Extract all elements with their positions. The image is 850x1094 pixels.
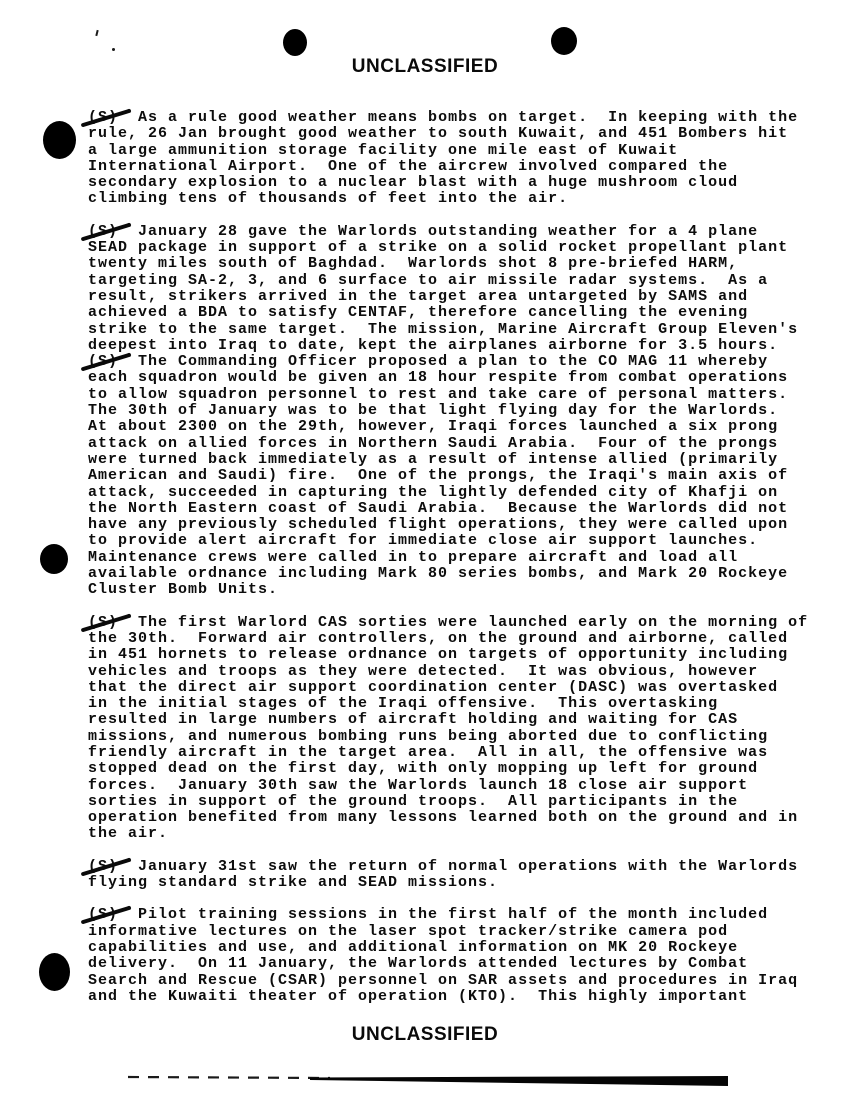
paragraphs: (S) As a rule good weather means bombs o… [88,110,828,1005]
text-line: that the direct air support coordination… [88,680,828,696]
text-line: forces. January 30th saw the Warlords la… [88,778,828,794]
text-line: and the Kuwaiti theater of operation (KT… [88,989,828,1005]
text-line: stopped dead on the first day, with only… [88,761,828,777]
classification-marker: (S) [88,615,118,631]
paragraph: (S) January 28 gave the Warlords outstan… [88,224,828,354]
text-line: twenty miles south of Baghdad. Warlords … [88,256,828,272]
text-line: a large ammunition storage facility one … [88,143,828,159]
text-line: American and Saudi) fire. One of the pro… [88,468,828,484]
text-line: sorties in support of the ground troops.… [88,794,828,810]
text-line: (S) The first Warlord CAS sorties were l… [88,615,828,631]
paragraph: (S) As a rule good weather means bombs o… [88,110,828,208]
text-line: (S) As a rule good weather means bombs o… [88,110,828,126]
hole-punch-dot [283,29,307,56]
classification-marker: (S) [88,354,118,370]
text-line: the air. [88,826,828,842]
text-line: (S) January 28 gave the Warlords outstan… [88,224,828,240]
paragraph: (S) The Commanding Officer proposed a pl… [88,354,828,598]
scan-speck [112,48,115,51]
hole-punch-dot [551,27,577,55]
text-line: in the initial stages of the Iraqi offen… [88,696,828,712]
text-line: International Airport. One of the aircre… [88,159,828,175]
classification-marker: (S) [88,907,118,923]
scan-speck [95,30,98,36]
paragraph: (S) The first Warlord CAS sorties were l… [88,615,828,843]
scan-artifact-line [0,1068,850,1094]
hole-punch-dot [40,544,68,574]
hole-punch-dot [39,953,70,991]
text-line: available ordnance including Mark 80 ser… [88,566,828,582]
text-line: missions, and numerous bombing runs bein… [88,729,828,745]
hole-punch-dot [43,121,76,159]
text-line: attack, succeeded in capturing the light… [88,485,828,501]
text-line: were turned back immediately as a result… [88,452,828,468]
text-line: strike to the same target. The mission, … [88,322,828,338]
header-classification-banner: UNCLASSIFIED [0,56,850,78]
text-line: resulted in large numbers of aircraft ho… [88,712,828,728]
classification-marker: (S) [88,110,118,126]
text-line: secondary explosion to a nuclear blast w… [88,175,828,191]
text-line: Search and Rescue (CSAR) personnel on SA… [88,973,828,989]
document-page: UNCLASSIFIED (S) As a rule good weather … [0,0,850,1094]
text-line: result, strikers arrived in the target a… [88,289,828,305]
text-line: operation benefited from many lessons le… [88,810,828,826]
text-line: to allow squadron personnel to rest and … [88,387,828,403]
text-line: in 451 hornets to release ordnance on ta… [88,647,828,663]
paragraph: (S) January 31st saw the return of norma… [88,859,828,892]
text-line: At about 2300 on the 29th, however, Iraq… [88,419,828,435]
text-line: (S) Pilot training sessions in the first… [88,907,828,923]
text-line: targeting SA-2, 3, and 6 surface to air … [88,273,828,289]
text-line: attack on allied forces in Northern Saud… [88,436,828,452]
text-line: flying standard strike and SEAD missions… [88,875,828,891]
text-line: (S) The Commanding Officer proposed a pl… [88,354,828,370]
scan-artifact-wedge [310,1076,728,1086]
text-line: friendly aircraft in the target area. Al… [88,745,828,761]
text-line: the North Eastern coast of Saudi Arabia.… [88,501,828,517]
text-line: The 30th of January was to be that light… [88,403,828,419]
text-line: deepest into Iraq to date, kept the airp… [88,338,828,354]
scan-artifact-dashes [128,1077,330,1078]
text-line: achieved a BDA to satisfy CENTAF, theref… [88,305,828,321]
classification-marker: (S) [88,224,118,240]
document-body: (S) As a rule good weather means bombs o… [88,110,828,1005]
text-line: capabilities and use, and additional inf… [88,940,828,956]
text-line: climbing tens of thousands of feet into … [88,191,828,207]
text-line: delivery. On 11 January, the Warlords at… [88,956,828,972]
text-line: Cluster Bomb Units. [88,582,828,598]
paragraph: (S) Pilot training sessions in the first… [88,907,828,1005]
text-line: have any previously scheduled flight ope… [88,517,828,533]
text-line: vehicles and troops as they were detecte… [88,664,828,680]
text-line: to provide alert aircraft for immediate … [88,533,828,549]
text-line: rule, 26 Jan brought good weather to sou… [88,126,828,142]
classification-marker: (S) [88,859,118,875]
text-line: the 30th. Forward air controllers, on th… [88,631,828,647]
text-line: informative lectures on the laser spot t… [88,924,828,940]
text-line: Maintenance crews were called in to prep… [88,550,828,566]
text-line: SEAD package in support of a strike on a… [88,240,828,256]
text-line: each squadron would be given an 18 hour … [88,370,828,386]
footer-classification-banner: UNCLASSIFIED [0,1024,850,1046]
text-line: (S) January 31st saw the return of norma… [88,859,828,875]
